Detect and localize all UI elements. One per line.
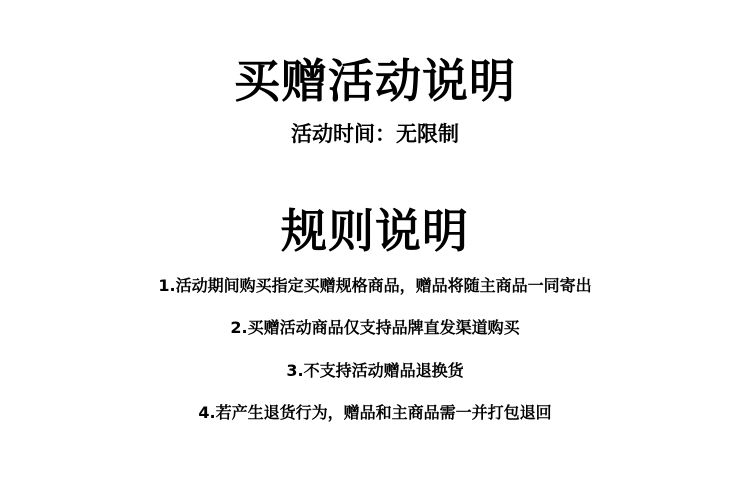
activity-time: 活动时间：无限制 <box>0 119 750 149</box>
rules-title: 规则说明 <box>0 202 750 260</box>
rule-item: 1.活动期间购买指定买赠规格商品，赠品将随主商品一同寄出 <box>0 274 750 298</box>
promotion-title: 买赠活动说明 <box>0 52 750 110</box>
rule-item: 2.买赠活动商品仅支持品牌直发渠道购买 <box>0 316 750 340</box>
rule-item: 3.不支持活动赠品退换货 <box>0 359 750 383</box>
rule-item: 4.若产生退货行为，赠品和主商品需一并打包退回 <box>0 401 750 425</box>
